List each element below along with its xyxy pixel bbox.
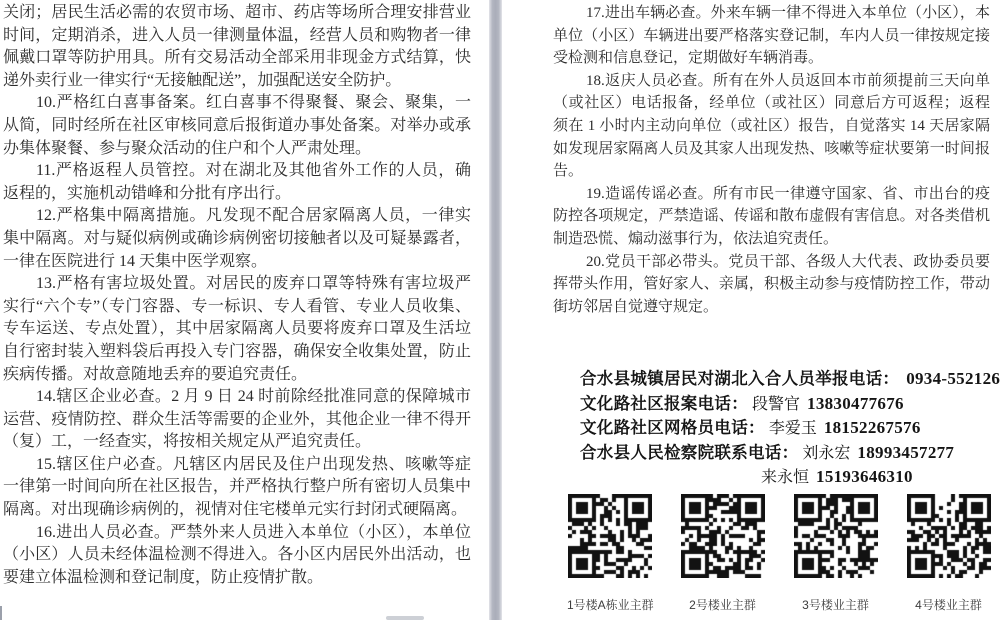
contact-phone-number: 13830477676 [807,394,904,413]
text-line: 单位（小区）车辆进出要严格落实登记制，车内人员一律按规定接 [553,25,990,48]
text-line: 挥带头作用，管好家人、亲属，积极主动参与疫情防控工作，带动 [553,273,990,296]
qr-group: 2号楼业主群 [680,494,765,613]
text-line: 须在 1 小时内主动向单位（或社区）报告，自觉落实 14 天居家隔离， [553,115,990,138]
text-line: 专车运送、专点处置），其中居家隔离人员要将废弃口罩及生活垃圾 [3,318,471,341]
text-line: （或社区）电话报备，经单位（或社区）同意后方可返程；返程后， [553,92,990,115]
text-line: 时间，定期消杀，进入人员一律测量体温，经营人员和购物者一律 [3,25,471,48]
text-line: 如发现居家隔离人员及其家人出现发热、咳嗽等症状要第一时间报 [553,138,990,161]
text-line: 20.党员干部必带头。党员干部、各级人大代表、政协委员要发 [553,251,990,274]
page-bottom-artifact [386,616,424,620]
contact-phone-number: 18152267576 [824,418,921,437]
contact-phone-number: 0934-5521261 [906,369,1000,388]
qr-group-label: 3号楼业主群 [793,596,878,613]
contact-person-name: 来永恒 [761,469,809,486]
document-page-left: 关闭；居民生活必需的农贸市场、超市、药店等场所合理安排营业时间，定期消杀，进入人… [0,0,489,620]
qr-group-label: 4号楼业主群 [906,596,991,613]
text-line: （小区）人员未经体温检测不得进入。各小区内居民外出活动，也 [3,544,471,567]
text-line: 隔离。对出现确诊病例的，视情对住宅楼单元实行封闭式硬隔离。 [3,499,471,522]
text-line: 17.进出车辆必查。外来车辆一律不得进入本单位（小区），本 [553,2,990,25]
text-line: 运营、疫情防控、群众生活等需要的企业外，其他企业一律不得开 [3,409,471,432]
qr-code-icon [568,494,652,578]
text-line: 实行“六个专”（专门容器、专一标识、专人看管、专业人员收集、 [3,296,471,319]
qr-code-row: 1号楼A栋业主群2号楼业主群3号楼业主群4号楼业主群 [567,494,991,613]
qr-group-label: 1号楼A栋业主群 [567,596,652,613]
qr-code-icon [794,494,878,578]
contact-label: 合水县人民检察院联系电话： [580,444,798,462]
text-line: 疾病传播。对故意随地丢弃的要追究责任。 [3,364,471,387]
text-line: 16.进出人员必查。严禁外来人员进入本单位（小区），本单位 [3,522,471,545]
text-line: 办集体聚餐、参与聚众活动的住户和个人严肃处理。 [3,138,471,161]
text-line: 19.造谣传谣必查。所有市民一律遵守国家、省、市出台的疫情 [553,183,990,206]
contact-label: 合水县城镇居民对湖北入合人员举报电话： [580,370,899,388]
text-line: 10.严格红白喜事备案。红白喜事不得聚餐、聚会、聚集，一律 [3,92,471,115]
document-page-right: 17.进出车辆必查。外来车辆一律不得进入本单位（小区），本单位（小区）车辆进出要… [502,0,1000,620]
left-page-text: 关闭；居民生活必需的农贸市场、超市、药店等场所合理安排营业时间，定期消杀，进入人… [0,0,471,589]
page-edge-artifact [0,606,2,620]
contact-label: 文化路社区网格员电话： [580,419,765,437]
text-line: 告。 [553,160,990,183]
qr-group: 1号楼A栋业主群 [567,494,652,613]
text-line: 18.返庆人员必查。所有在外人员返回本市前须提前三天向单位 [553,70,990,93]
contact-line: 合水县城镇居民对湖北入合人员举报电话：0934-5521261 [580,367,1000,392]
text-line: 14.辖区企业必查。2 月 9 日 24 时前除经批准同意的保障城市 [3,386,471,409]
text-line: 集中隔离。对与疑似病例或确诊病例密切接触者以及可疑暴露者， [3,228,471,251]
contact-phone-number: 15193646310 [816,467,913,486]
text-line: 11.严格返程人员管控。对在湖北及其他省外工作的人员，确需 [3,160,471,183]
text-line: 一律第一时间向所在社区报告，并严格执行整户所有密切人员集中 [3,476,471,499]
text-line: 返程的，实施机动错峰和分批有序出行。 [3,183,471,206]
qr-group-label: 2号楼业主群 [680,596,765,613]
contact-phone-list: 合水县城镇居民对湖北入合人员举报电话：0934-5521261文化路社区报案电话… [580,367,1000,490]
text-line: 防控各项规定，严禁造谣、传谣和散布虚假有害信息。对各类借机 [553,205,990,228]
text-line: 一律在医院进行 14 天集中医学观察。 [3,251,471,274]
qr-group: 3号楼业主群 [793,494,878,613]
contact-line: 文化路社区网格员电话：李爱玉18152267576 [580,416,1000,441]
text-line: 13.严格有害垃圾处置。对居民的废弃口罩等特殊有害垃圾严格 [3,273,471,296]
right-page-text: 17.进出车辆必查。外来车辆一律不得进入本单位（小区），本单位（小区）车辆进出要… [502,0,990,318]
text-line: 受检测和信息登记，定期做好车辆消毒。 [553,47,990,70]
contact-person-name: 李爱玉 [769,420,817,437]
text-line: 15.辖区住户必查。凡辖区内居民及住户出现发热、咳嗽等症状， [3,454,471,477]
qr-code-icon [681,494,765,578]
text-line: 关闭；居民生活必需的农贸市场、超市、药店等场所合理安排营业 [3,2,471,25]
text-line: 12.严格集中隔离措施。凡发现不配合居家隔离人员，一律实行 [3,205,471,228]
text-line: 制造恐慌、煽动滋事行为，依法追究责任。 [553,228,990,251]
text-line: 递外卖行业一律实行“无接触配送”，加强配送安全防护。 [3,70,471,93]
text-line: 从简，同时经所在社区审核同意后报街道办事处备案。对举办或承 [3,115,471,138]
contact-person-name: 段警官 [752,396,800,413]
text-line: 街坊邻居自觉遵守规定。 [553,296,990,319]
contact-line: 文化路社区报案电话：段警官13830477676 [580,392,1000,417]
contact-phone-number: 18993457277 [857,443,954,462]
page-gap-divider [489,0,502,620]
text-line: 自行密封装入塑料袋后再投入专门容器，确保安全收集处置，防止 [3,341,471,364]
text-line: 佩戴口罩等防护用具。所有交易活动全部采用非现金方式结算，快 [3,47,471,70]
contact-person-name: 刘永宏 [802,445,850,462]
document-viewer: 关闭；居民生活必需的农贸市场、超市、药店等场所合理安排营业时间，定期消杀，进入人… [0,0,1000,620]
text-line: （复）工，一经查实，将按相关规定从严追究责任。 [3,431,471,454]
contact-label: 文化路社区报案电话： [580,395,748,413]
qr-group: 4号楼业主群 [906,494,991,613]
text-line: 要建立体温检测和登记制度，防止疫情扩散。 [3,567,471,590]
contact-line: 合水县人民检察院联系电话：刘永宏18993457277 [580,441,1000,466]
contact-line: 来永恒15193646310 [580,465,1000,490]
qr-code-icon [907,494,991,578]
